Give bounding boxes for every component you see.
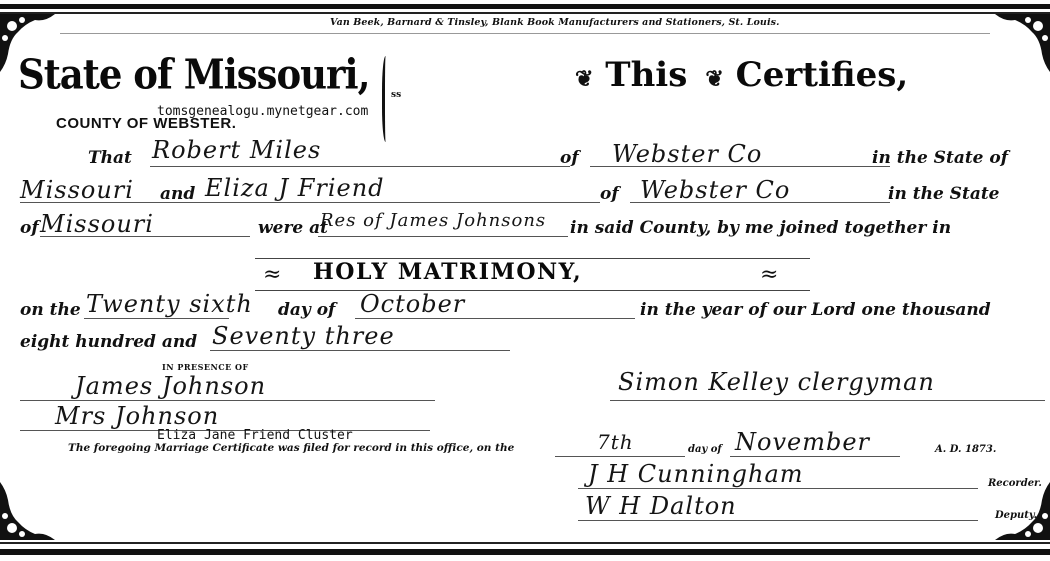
groom-state: Missouri xyxy=(20,176,134,204)
printed-that: That xyxy=(88,148,132,168)
bottom-border-thin xyxy=(0,542,1050,544)
printer-imprint: Van Beek, Barnard & Tinsley, Blank Book … xyxy=(330,17,780,28)
filing-year: A. D. 1873. xyxy=(935,444,996,455)
fill-line xyxy=(150,166,570,167)
fleuron-icon: ❦ xyxy=(705,66,723,92)
certifies-heading: ❦ This ❦ Certifies, xyxy=(575,55,908,95)
bride-state: Missouri xyxy=(40,210,154,238)
printed-of: of xyxy=(600,184,619,204)
marriage-day: Twenty sixth xyxy=(86,290,253,318)
fill-line xyxy=(318,236,568,237)
witness-2-name: Mrs Johnson xyxy=(55,402,219,430)
printed-joined: in said County, by me joined together in xyxy=(570,218,951,238)
marriage-month: October xyxy=(360,290,465,318)
officiant-signature: Simon Kelley clergyman xyxy=(618,368,935,396)
fill-line xyxy=(578,488,978,489)
groom-name: Robert Miles xyxy=(152,136,321,164)
swash-ornament-icon: ≈ xyxy=(263,262,281,287)
fill-line xyxy=(555,456,685,457)
filing-month: November xyxy=(735,428,870,456)
printed-state: in the State of xyxy=(872,148,1008,168)
fill-line xyxy=(578,520,978,521)
printed-eight-hundred: eight hundred and xyxy=(20,332,197,352)
bride-name: Eliza J Friend xyxy=(205,174,385,202)
brace-bracket xyxy=(382,56,391,142)
fill-line xyxy=(590,166,890,167)
ss-mark: ss xyxy=(391,90,401,100)
printed-day-of: day of xyxy=(688,444,722,455)
filing-printed-text: The foregoing Marriage Certificate was f… xyxy=(68,442,514,454)
deputy-label: Deputy. xyxy=(995,510,1037,521)
printed-year-of-lord: in the year of our Lord one thousand xyxy=(640,300,991,320)
witness-1-name: James Johnson xyxy=(75,372,266,400)
fleuron-icon: ❦ xyxy=(575,66,593,92)
bottom-border-thick xyxy=(0,549,1050,555)
holy-matrimony-label: HOLY MATRIMONY, xyxy=(313,259,582,285)
filing-day: 7th xyxy=(597,430,634,454)
groom-residence: Webster Co xyxy=(612,140,762,168)
rule-line xyxy=(60,33,990,34)
printed-on-the: on the xyxy=(20,300,81,320)
holy-matrimony-banner: ≈ HOLY MATRIMONY, ≈ xyxy=(255,252,810,290)
corner-ornament-icon xyxy=(990,14,1050,74)
fill-line xyxy=(730,456,900,457)
site-watermark: tomsgenealogu.mynetgear.com xyxy=(157,104,368,119)
certifies-word-certifies: ❦ Certifies, xyxy=(705,55,908,95)
swash-ornament-icon: ≈ xyxy=(760,262,778,287)
printed-state: in the State xyxy=(888,184,1000,204)
top-border-thick xyxy=(0,4,1050,9)
state-title: State of Missouri, xyxy=(18,50,369,98)
recorder-label: Recorder. xyxy=(988,478,1042,489)
printed-day-of: day of xyxy=(278,300,335,320)
fill-line xyxy=(355,318,635,319)
printed-and: and xyxy=(160,184,195,204)
fill-line xyxy=(610,400,1045,401)
printed-of: of xyxy=(560,148,579,168)
in-presence-of-label: IN PRESENCE OF xyxy=(162,362,249,372)
top-border-thin xyxy=(0,12,1050,14)
printed-were-at: were at xyxy=(258,218,328,238)
deputy-signature: W H Dalton xyxy=(585,492,737,520)
certifies-word-this: ❦ This xyxy=(575,55,687,95)
fill-line xyxy=(20,400,435,401)
fill-line xyxy=(630,202,890,203)
marriage-year-words: Seventy three xyxy=(212,322,395,350)
rule-line xyxy=(255,290,810,291)
bride-residence: Webster Co xyxy=(640,176,790,204)
printed-of: of xyxy=(20,218,39,238)
fill-line xyxy=(20,202,600,203)
caption-watermark: Eliza Jane Friend Cluster xyxy=(157,428,353,443)
ceremony-place: Res of James Johnsons xyxy=(320,210,546,231)
fill-line xyxy=(84,318,229,319)
recorder-signature: J H Cunningham xyxy=(588,460,804,488)
corner-ornament-icon xyxy=(0,480,60,540)
fill-line xyxy=(40,236,250,237)
bleed-through-text xyxy=(430,55,440,90)
fill-line xyxy=(210,350,510,351)
